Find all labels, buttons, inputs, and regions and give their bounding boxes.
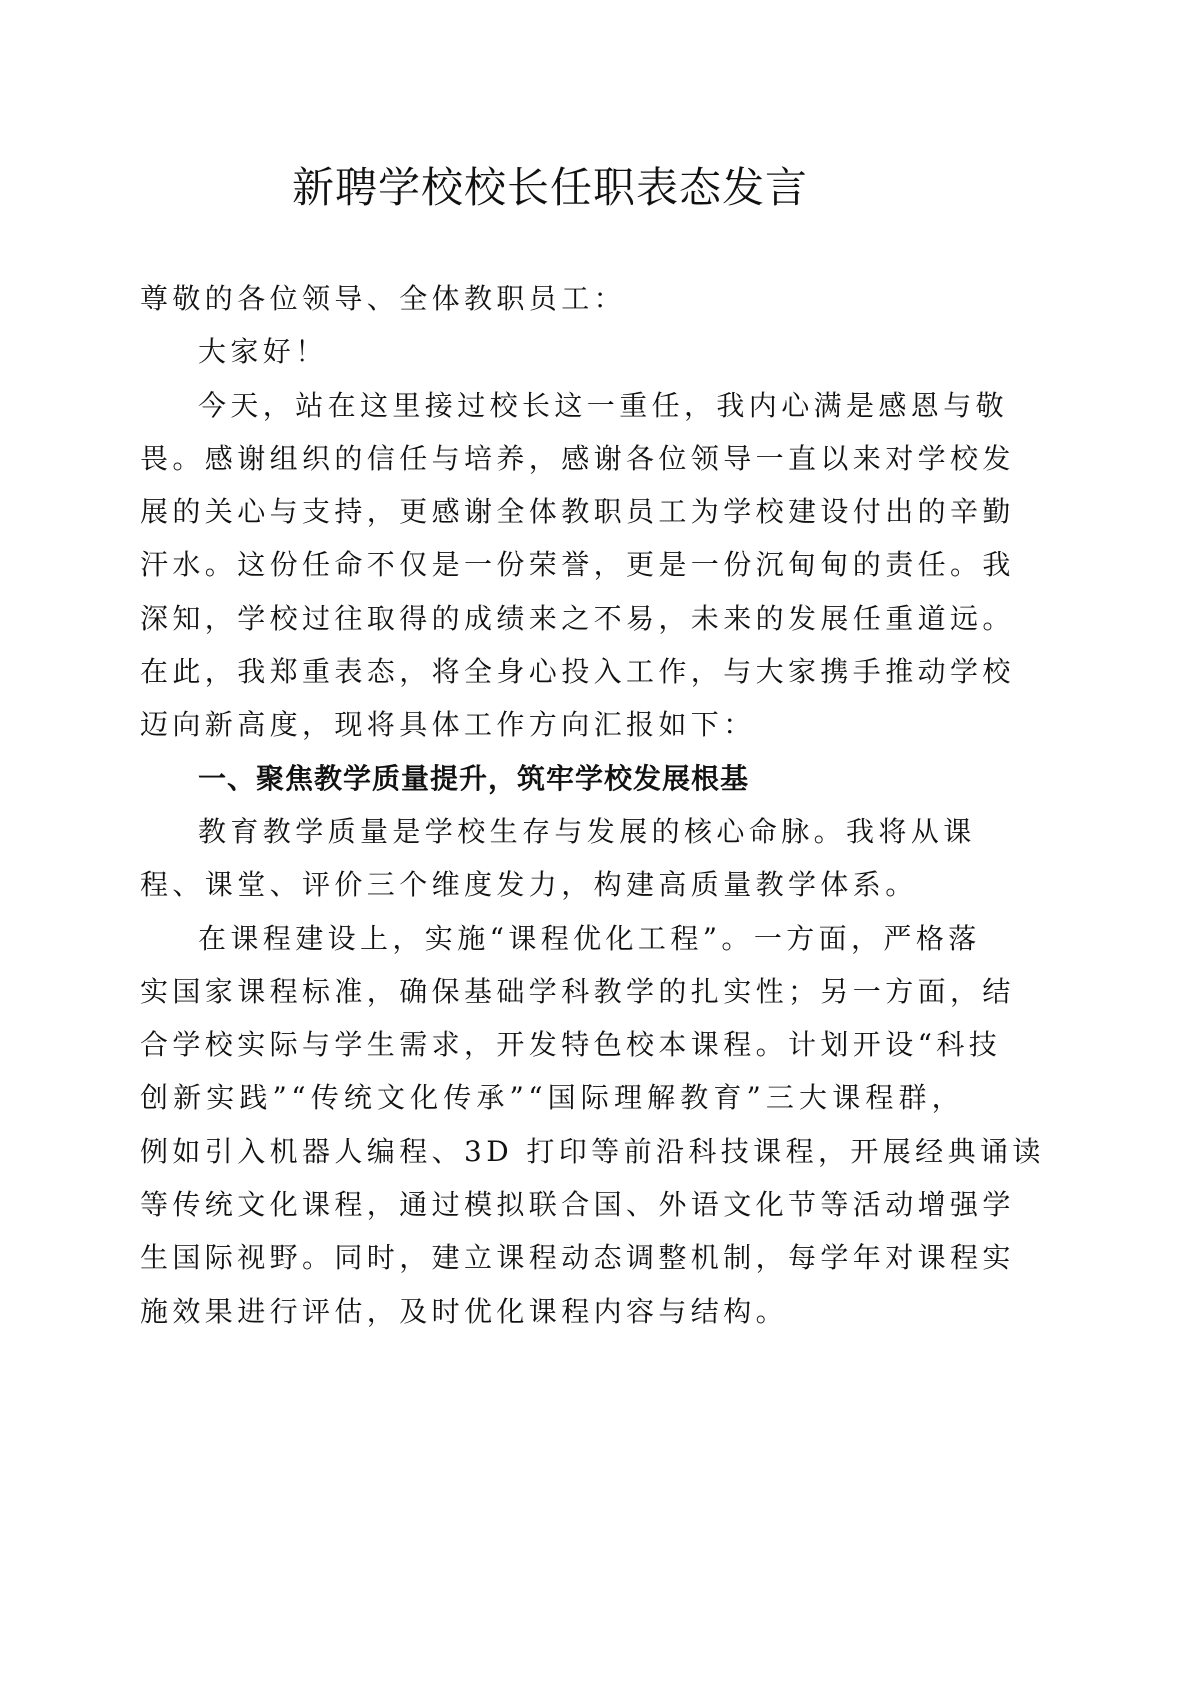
paragraph-line: 汗水。这份任命不仅是一份荣誉，更是一份沉甸甸的责任。我 (140, 538, 964, 591)
paragraph-line: 今天，站在这里接过校长这一重任，我内心满是感恩与敬 (140, 379, 964, 432)
intro-paragraph: 今天，站在这里接过校长这一重任，我内心满是感恩与敬 畏。感谢组织的信任与培养，感… (140, 379, 964, 752)
paragraph-line: 深知，学校过往取得的成绩来之不易，未来的发展任重道远。 (140, 592, 964, 645)
paragraph-line: 在课程建设上，实施“课程优化工程”。一方面，严格落 (140, 912, 964, 965)
greeting: 大家好！ (140, 325, 964, 378)
paragraph-line: 例如引入机器人编程、3D 打印等前沿科技课程，开展经典诵读 (140, 1125, 964, 1178)
paragraph-line: 创新实践”“传统文化传承”“国际理解教育”三大课程群， (140, 1071, 964, 1124)
paragraph-line: 施效果进行评估，及时优化课程内容与结构。 (140, 1285, 964, 1338)
paragraph-line: 教育教学质量是学校生存与发展的核心命脉。我将从课 (140, 805, 964, 858)
salutation: 尊敬的各位领导、全体教职员工： (140, 272, 964, 325)
curriculum-paragraph: 在课程建设上，实施“课程优化工程”。一方面，严格落 实国家课程标准，确保基础学科… (140, 912, 964, 1338)
paragraph-line: 在此，我郑重表态，将全身心投入工作，与大家携手推动学校 (140, 645, 964, 698)
teaching-quality-paragraph: 教育教学质量是学校生存与发展的核心命脉。我将从课 程、课堂、评价三个维度发力，构… (140, 805, 964, 912)
paragraph-line: 实国家课程标准，确保基础学科教学的扎实性；另一方面，结 (140, 965, 964, 1018)
paragraph-line: 合学校实际与学生需求，开发特色校本课程。计划开设“科技 (140, 1018, 964, 1071)
document-page: 新聘学校校长任职表态发言 尊敬的各位领导、全体教职员工： 大家好！ 今天，站在这… (0, 0, 1190, 1683)
paragraph-line: 等传统文化课程，通过模拟联合国、外语文化节等活动增强学 (140, 1178, 964, 1231)
paragraph-line: 展的关心与支持，更感谢全体教职员工为学校建设付出的辛勤 (140, 485, 964, 538)
section-heading: 一、聚焦教学质量提升，筑牢学校发展根基 (140, 752, 964, 805)
paragraph-line: 程、课堂、评价三个维度发力，构建高质量教学体系。 (140, 858, 964, 911)
paragraph-line: 畏。感谢组织的信任与培养，感谢各位领导一直以来对学校发 (140, 432, 964, 485)
document-body: 尊敬的各位领导、全体教职员工： 大家好！ 今天，站在这里接过校长这一重任，我内心… (140, 272, 964, 1338)
paragraph-line: 生国际视野。同时，建立课程动态调整机制，每学年对课程实 (140, 1231, 964, 1284)
paragraph-line: 迈向新高度，现将具体工作方向汇报如下： (140, 698, 964, 751)
document-title: 新聘学校校长任职表态发言 (0, 160, 1100, 216)
